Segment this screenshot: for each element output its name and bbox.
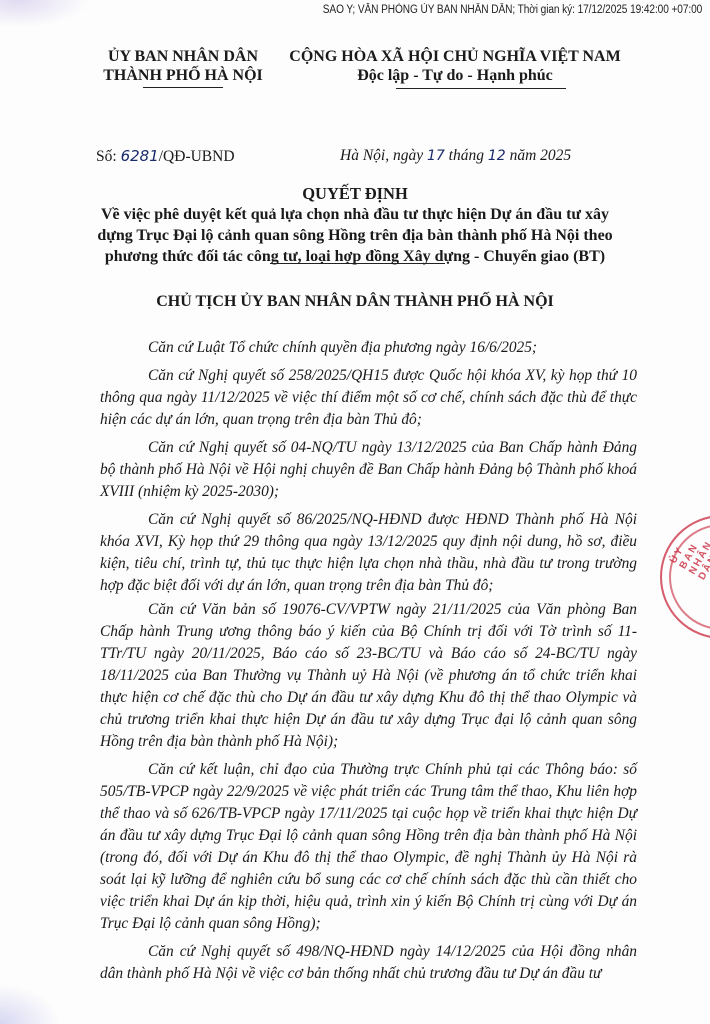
handwritten-number: 6281	[121, 147, 159, 165]
country-name: CỘNG HÒA XÃ HỘI CHỦ NGHĨA VIỆT NAM	[280, 47, 630, 66]
document-number: Số: 6281/QĐ-UBND	[96, 147, 235, 166]
basis-paragraph: Căn cứ Văn bản số 19076-CV/VPTW ngày 21/…	[100, 599, 637, 753]
digital-copy-stamp: SAO Y; VĂN PHÒNG ỦY BAN NHÂN DÂN; Thời g…	[323, 4, 702, 16]
scan-shadow	[0, 984, 60, 1024]
title-line-1: Về việc phê duyệt kết quả lựa chọn nhà đ…	[60, 204, 650, 225]
basis-paragraph: Căn cứ Nghị quyết số 258/2025/QH15 được …	[100, 365, 637, 431]
motto-underline	[396, 88, 566, 89]
issuer-underline	[143, 87, 223, 88]
handwritten-month: 12	[488, 148, 506, 164]
basis-paragraph: Căn cứ Nghị quyết số 498/NQ-HĐND ngày 14…	[100, 941, 637, 985]
legal-bases: Căn cứ Luật Tổ chức chính quyền địa phươ…	[100, 337, 637, 991]
title-underline	[270, 263, 445, 264]
basis-paragraph: Căn cứ Nghị quyết số 86/2025/NQ-HĐND đượ…	[100, 509, 637, 597]
title-line-2: dựng Trục Đại lộ cảnh quan sông Hồng trê…	[60, 225, 650, 246]
issuer-line-1: ỦY BAN NHÂN DÂN	[88, 47, 278, 66]
basis-paragraph: Căn cứ Nghị quyết số 04-NQ/TU ngày 13/12…	[100, 437, 637, 503]
decision-title: QUYẾT ĐỊNH Về việc phê duyệt kết quả lựa…	[60, 183, 650, 267]
issuing-authority: ỦY BAN NHÂN DÂN THÀNH PHỐ HÀ NỘI	[88, 47, 278, 85]
national-motto: CỘNG HÒA XÃ HỘI CHỦ NGHĨA VIỆT NAM Độc l…	[280, 47, 630, 85]
handwritten-day: 17	[427, 148, 445, 164]
issuer-line-2: THÀNH PHỐ HÀ NỘI	[88, 66, 278, 85]
authority-heading: CHỦ TỊCH ỦY BAN NHÂN DÂN THÀNH PHỐ HÀ NỘ…	[60, 293, 650, 311]
scan-shadow	[0, 0, 90, 28]
issue-date: Hà Nội, ngày 17 tháng 12 năm 2025	[340, 147, 571, 165]
basis-paragraph: Căn cứ kết luận, chỉ đạo của Thường trực…	[100, 759, 637, 935]
motto: Độc lập - Tự do - Hạnh phúc	[280, 66, 630, 85]
document-type: QUYẾT ĐỊNH	[60, 183, 650, 204]
basis-paragraph: Căn cứ Luật Tổ chức chính quyền địa phươ…	[100, 337, 637, 359]
